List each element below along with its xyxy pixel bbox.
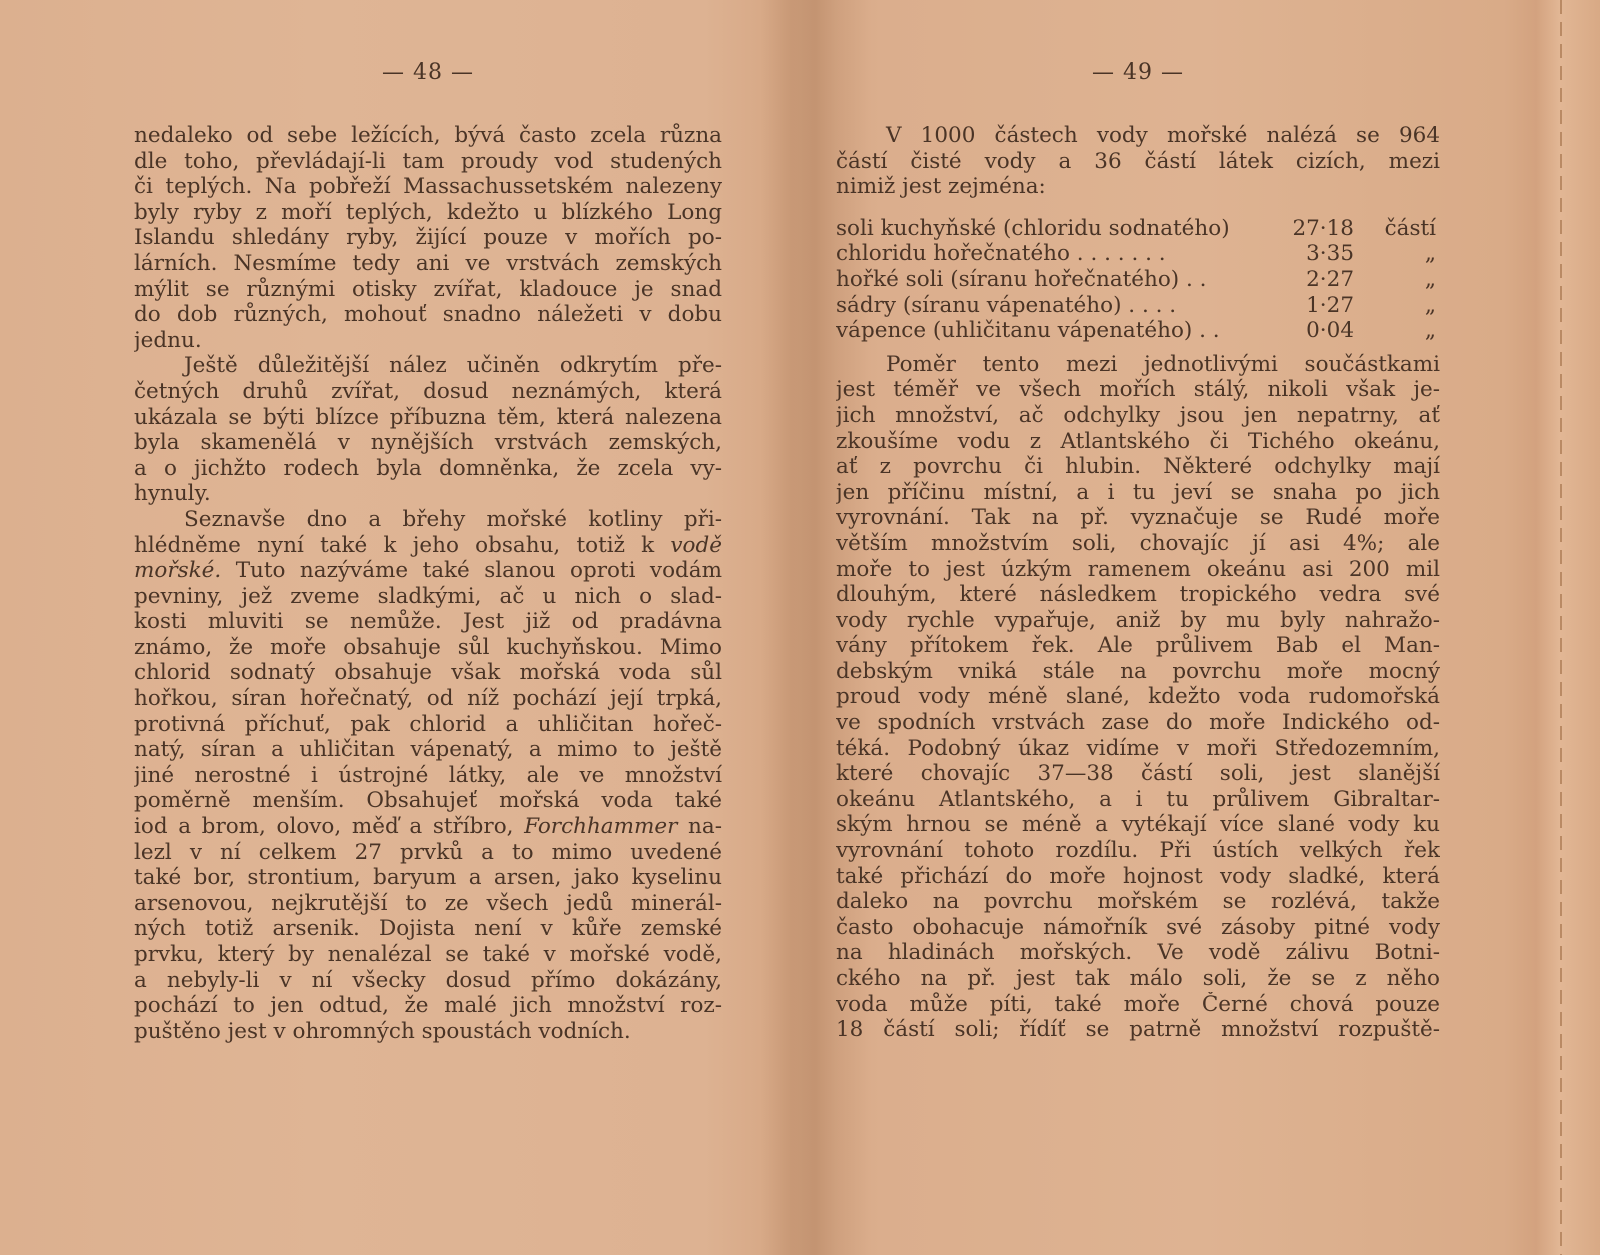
text-line: na hladinách mořských. Ve vodě zálivu Bo… — [836, 940, 1440, 966]
text-line: dle toho, převládají-li tam proudy vod s… — [134, 149, 722, 175]
table-row: soli kuchyňské (chloridu sodnatého) 27·1… — [836, 216, 1440, 242]
text-line: moře to jest úzkým ramenem okeánu asi 20… — [836, 557, 1440, 583]
book-spread: — 48 — nedaleko od sebe ležících, bývá č… — [0, 0, 1600, 1255]
text-line: hlédněme nyní také k jeho obsahu, totiž … — [134, 533, 722, 559]
text-line: jich množství, ač odchylky jsou jen nepa… — [836, 403, 1440, 429]
text-line: puštěno jest v ohromných spoustách vodní… — [134, 1019, 722, 1045]
text-line: také přichází do moře hojnost vody sladk… — [836, 864, 1440, 890]
page-number: — 49 — — [836, 60, 1440, 85]
text-line: vody rychle vypařuje, aniž by mu byly na… — [836, 608, 1440, 634]
paragraph-start: Poměr tento mezi jednotlivými součástkam… — [836, 352, 1440, 378]
page-body-text: V 1000 částech vody mořské nalézá se 964… — [836, 123, 1440, 1043]
text-line: nedaleko od sebe ležících, bývá často zc… — [134, 123, 722, 149]
text-line: ných totiž arsenik. Dojista není v kůře … — [134, 916, 722, 942]
substance-unit: „ — [1354, 293, 1440, 319]
substance-unit: „ — [1354, 267, 1440, 293]
text-line: téká. Podobný úkaz vidíme v moři Středoz… — [836, 736, 1440, 762]
substance-unit: „ — [1354, 241, 1440, 267]
text-line: jest téměř ve všech mořích stálý, nikoli… — [836, 377, 1440, 403]
text-line: částí čisté vody a 36 částí látek cizích… — [836, 149, 1440, 175]
text-line: natý, síran a uhličitan vápenatý, a mimo… — [134, 737, 722, 763]
page-body-text: nedaleko od sebe ležících, bývá často zc… — [134, 123, 722, 1044]
paragraph-start: Ještě důležitější nález učiněn odkrytím … — [134, 353, 722, 379]
substance-name: chloridu hořečnatého . . . . . . . — [836, 241, 1274, 267]
substance-value: 1·27 — [1274, 293, 1354, 319]
paragraph-start: Seznavše dno a břehy mořské kotliny při- — [134, 507, 722, 533]
text-line: známo, že moře obsahuje sůl kuchyňskou. … — [134, 635, 722, 661]
text-line: iod a brom, olovo, měď a stříbro, Forchh… — [134, 814, 722, 840]
text-line: jiné nerostné i ústrojné látky, ale ve m… — [134, 763, 722, 789]
text-line: Islandu shledány ryby, žijící pouze v mo… — [134, 225, 722, 251]
text-line: a nebyly-li v ní všecky dosud přímo doká… — [134, 968, 722, 994]
text-line: lárních. Nesmíme tedy ani ve vrstvách ze… — [134, 251, 722, 277]
text-line: arsenovou, nejkrutější to ze všech jedů … — [134, 891, 722, 917]
text-line: voda může píti, také moře Černé chová po… — [836, 992, 1440, 1018]
text-line: kosti mluviti se nemůže. Jest již od pra… — [134, 609, 722, 635]
text-line: jednu. — [134, 328, 722, 354]
text-line: ať z povrchu či hlubin. Některé odchylky… — [836, 454, 1440, 480]
text-line: a o jichžto rodech byla domněnka, že zce… — [134, 456, 722, 482]
text-line: proud vody méně slané, kdežto voda rudom… — [836, 684, 1440, 710]
text-line: ve spodních vrstvách zase do moře Indick… — [836, 710, 1440, 736]
spacer — [836, 200, 1440, 216]
text-line: do dob různých, mohouť snadno náležeti v… — [134, 302, 722, 328]
substance-name: soli kuchyňské (chloridu sodnatého) — [836, 216, 1274, 242]
italic-term: vodě — [670, 533, 722, 558]
spacer — [836, 344, 1440, 352]
substance-unit: částí — [1354, 216, 1440, 242]
text-line: pevniny, jež zveme sladkými, ač u nich o… — [134, 584, 722, 610]
text-line: které chovajíc 37—38 částí soli, jest sl… — [836, 761, 1440, 787]
paragraph-start: V 1000 částech vody mořské nalézá se 964 — [836, 123, 1440, 149]
text-line: ckého na př. jest tak málo soli, že se z… — [836, 966, 1440, 992]
table-row: sádry (síranu vápenatého) . . . . 1·27 „ — [836, 293, 1440, 319]
text-line: daleko na povrchu mořském se rozlévá, ta… — [836, 889, 1440, 915]
text-line: lezl v ní celkem 27 prvků a to mimo uved… — [134, 840, 722, 866]
text-line: větším množstvím soli, chovajíc jí asi 4… — [836, 531, 1440, 557]
text-line: dlouhým, které následkem tropického vedr… — [836, 582, 1440, 608]
substance-name: sádry (síranu vápenatého) . . . . — [836, 293, 1274, 319]
text-line: byly ryby z moří teplých, kdežto u blízk… — [134, 200, 722, 226]
italic-term: mořské. — [134, 558, 221, 583]
text-line: také bor, strontium, baryum a arsen, jak… — [134, 865, 722, 891]
text-line: 18 částí soli; řídíť se patrně množství … — [836, 1017, 1440, 1043]
text-line: vány přítokem řek. Ale průlivem Bab el M… — [836, 633, 1440, 659]
text-line: okeánu Atlantského, a i tu průlivem Gibr… — [836, 787, 1440, 813]
text-line: často obohacuje námořník své zásoby pitn… — [836, 915, 1440, 941]
text-line: chlorid sodnatý obsahuje však mořská vod… — [134, 660, 722, 686]
text-line: či teplých. Na pobřeží Massachussetském … — [134, 174, 722, 200]
text-line: protivná příchuť, pak chlorid a uhličita… — [134, 712, 722, 738]
text-line: mořské. Tuto nazýváme také slanou oproti… — [134, 558, 722, 584]
text-line: nimiž jest zejména: — [836, 174, 1440, 200]
table-row: vápence (uhličitanu vápenatého) . . 0·04… — [836, 318, 1440, 344]
substance-unit: „ — [1354, 318, 1440, 344]
substance-value: 2·27 — [1274, 267, 1354, 293]
text-line: mýlit se různými otisky zvířat, kladouce… — [134, 277, 722, 303]
text-line: četných druhů zvířat, dosud neznámých, k… — [134, 379, 722, 405]
text-line: pochází to jen odtud, že malé jich množs… — [134, 993, 722, 1019]
text-line: debským vniká stále na povrchu moře mocn… — [836, 659, 1440, 685]
text-line: zkoušíme vodu z Atlantského či Tichého o… — [836, 429, 1440, 455]
text-line: ským hrnou se méně a vytékají více slané… — [836, 812, 1440, 838]
table-row: hořké soli (síranu hořečnatého) . . 2·27… — [836, 267, 1440, 293]
text-line: hynuly. — [134, 481, 722, 507]
table-row: chloridu hořečnatého . . . . . . . 3·35 … — [836, 241, 1440, 267]
substance-name: vápence (uhličitanu vápenatého) . . — [836, 318, 1274, 344]
substance-value: 27·18 — [1274, 216, 1354, 242]
composition-table: soli kuchyňské (chloridu sodnatého) 27·1… — [836, 216, 1440, 344]
text-line: hořkou, síran hořečnatý, od níž pochází … — [134, 686, 722, 712]
text-line: jen příčinu místní, a i tu jeví se snaha… — [836, 480, 1440, 506]
substance-value: 3·35 — [1274, 241, 1354, 267]
page-number: — 48 — — [134, 60, 722, 85]
substance-value: 0·04 — [1274, 318, 1354, 344]
italic-name: Forchhammer — [524, 814, 677, 839]
text-line: ukázala se býti blízce příbuzna těm, kte… — [134, 405, 722, 431]
text-line: prvku, který by nenalézal se také v mořs… — [134, 942, 722, 968]
substance-name: hořké soli (síranu hořečnatého) . . — [836, 267, 1274, 293]
text-line: poměrně menším. Obsahujeť mořská voda ta… — [134, 788, 722, 814]
text-line: vyrovnání tohoto rozdílu. Při ústích vel… — [836, 838, 1440, 864]
text-line: vyrovnání. Tak na př. vyznačuje se Rudé … — [836, 505, 1440, 531]
text-line: byla skamenělá v nynějších vrstvách zems… — [134, 430, 722, 456]
